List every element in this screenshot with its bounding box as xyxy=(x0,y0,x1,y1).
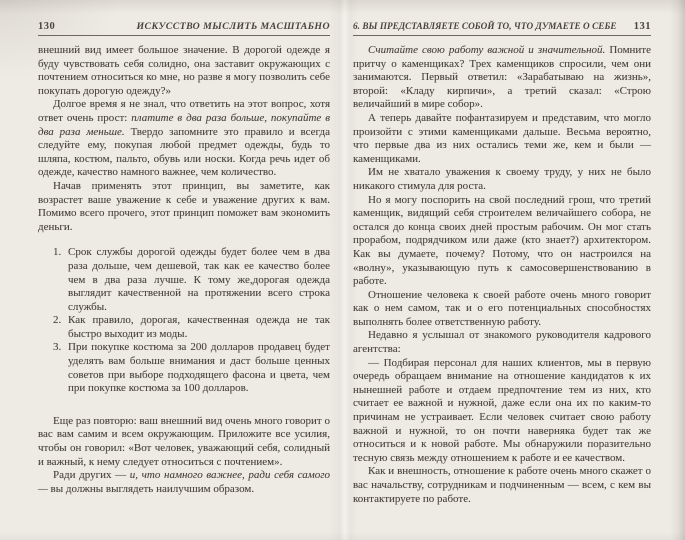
list-item: 2.Как правило, дорогая, качественная оде… xyxy=(53,314,330,341)
text-run: Как и внешность, отношение к работе очен… xyxy=(353,465,651,504)
page-left-body: внешний вид имеет большое значение. В до… xyxy=(38,44,330,496)
running-title-right: 6. ВЫ ПРЕДСТАВЛЯЕТЕ СОБОЙ ТО, ЧТО ДУМАЕТ… xyxy=(353,21,617,31)
list-item: 1.Срок службы дорогой одежды будет более… xyxy=(53,246,330,314)
text-run: Им не хватало уважения к своему труду, у… xyxy=(353,166,651,192)
page-number-right: 131 xyxy=(634,21,651,32)
book-spread: 130 ИСКУССТВО МЫСЛИТЬ МАСШТАБНО внешний … xyxy=(0,0,685,540)
page-right-body: Считайте свою работу важной и значительн… xyxy=(353,44,651,506)
text-run: А теперь давайте пофантазируем и предста… xyxy=(353,112,651,165)
text-run: Еще раз повторю: ваш внешний вид очень м… xyxy=(38,415,330,468)
book-scan: { "theme":{ "paper_color":"#eeebe4", "in… xyxy=(0,0,685,540)
paragraph: Но я могу поспорить на свой последний гр… xyxy=(353,194,651,289)
text-run: Недавно я услышал от знакомого руководит… xyxy=(353,329,651,355)
list-item-number: 3. xyxy=(53,341,68,395)
list-item-text: Срок службы дорогой одежды будет более ч… xyxy=(68,246,330,314)
list-item-text: Как правило, дорогая, качественная одежд… xyxy=(68,314,330,341)
numbered-list: 1.Срок службы дорогой одежды будет более… xyxy=(38,246,330,396)
paragraph: Считайте свою работу важной и значительн… xyxy=(353,44,651,112)
paragraph: внешний вид имеет большое значение. В до… xyxy=(38,44,330,98)
list-item: 3.При покупке костюма за 200 долларов пр… xyxy=(53,341,330,395)
text-run: вы должны выглядеть наилучшим образом. xyxy=(48,483,254,495)
list-item-number: 1. xyxy=(53,246,68,314)
text-run: Как правило, дорогая, качественная одежд… xyxy=(68,314,330,340)
running-title-left: ИСКУССТВО МЫСЛИТЬ МАСШТАБНО xyxy=(136,21,330,32)
text-run: Ради других — xyxy=(53,469,130,481)
text-run: внешний вид имеет большое значение. В до… xyxy=(38,44,330,97)
paragraph: Ради других — и, что намного важнее, рад… xyxy=(38,469,330,496)
page-left-header: 130 ИСКУССТВО МЫСЛИТЬ МАСШТАБНО xyxy=(38,21,330,36)
paragraph: Отношение человека к своей работе очень … xyxy=(353,289,651,330)
page-right-header: 6. ВЫ ПРЕДСТАВЛЯЕТЕ СОБОЙ ТО, ЧТО ДУМАЕТ… xyxy=(353,21,651,36)
text-run: При покупке костюма за 200 долларов прод… xyxy=(68,341,330,394)
list-item-number: 2. xyxy=(53,314,68,341)
page-number-left: 130 xyxy=(38,21,55,32)
paragraph: Им не хватало уважения к своему труду, у… xyxy=(353,166,651,193)
text-run: — Подбирая персонал для наших клиентов, … xyxy=(353,357,651,464)
paragraph: Как и внешность, отношение к работе очен… xyxy=(353,465,651,506)
page-right: 6. ВЫ ПРЕДСТАВЛЯЕТЕ СОБОЙ ТО, ЧТО ДУМАЕТ… xyxy=(342,0,685,540)
paragraph: Долгое время я не знал, что ответить на … xyxy=(38,98,330,180)
list-item-text: При покупке костюма за 200 долларов прод… xyxy=(68,341,330,395)
text-run: Срок службы дорогой одежды будет более ч… xyxy=(68,246,330,312)
paragraph: Недавно я услышал от знакомого руководит… xyxy=(353,329,651,356)
text-run: Но я могу поспорить на свой последний гр… xyxy=(353,194,651,288)
text-run: Начав применять этот принцип, вы заметит… xyxy=(38,180,330,233)
text-run: Отношение человека к своей работе очень … xyxy=(353,289,651,328)
paragraph: — Подбирая персонал для наших клиентов, … xyxy=(353,357,651,466)
italic-run: Считайте свою работу важной и значительн… xyxy=(368,44,605,56)
paragraph: Еще раз повторю: ваш внешний вид очень м… xyxy=(38,415,330,469)
page-left: 130 ИСКУССТВО МЫСЛИТЬ МАСШТАБНО внешний … xyxy=(0,0,342,540)
paragraph: А теперь давайте пофантазируем и предста… xyxy=(353,112,651,166)
paragraph: Начав применять этот принцип, вы заметит… xyxy=(38,180,330,234)
